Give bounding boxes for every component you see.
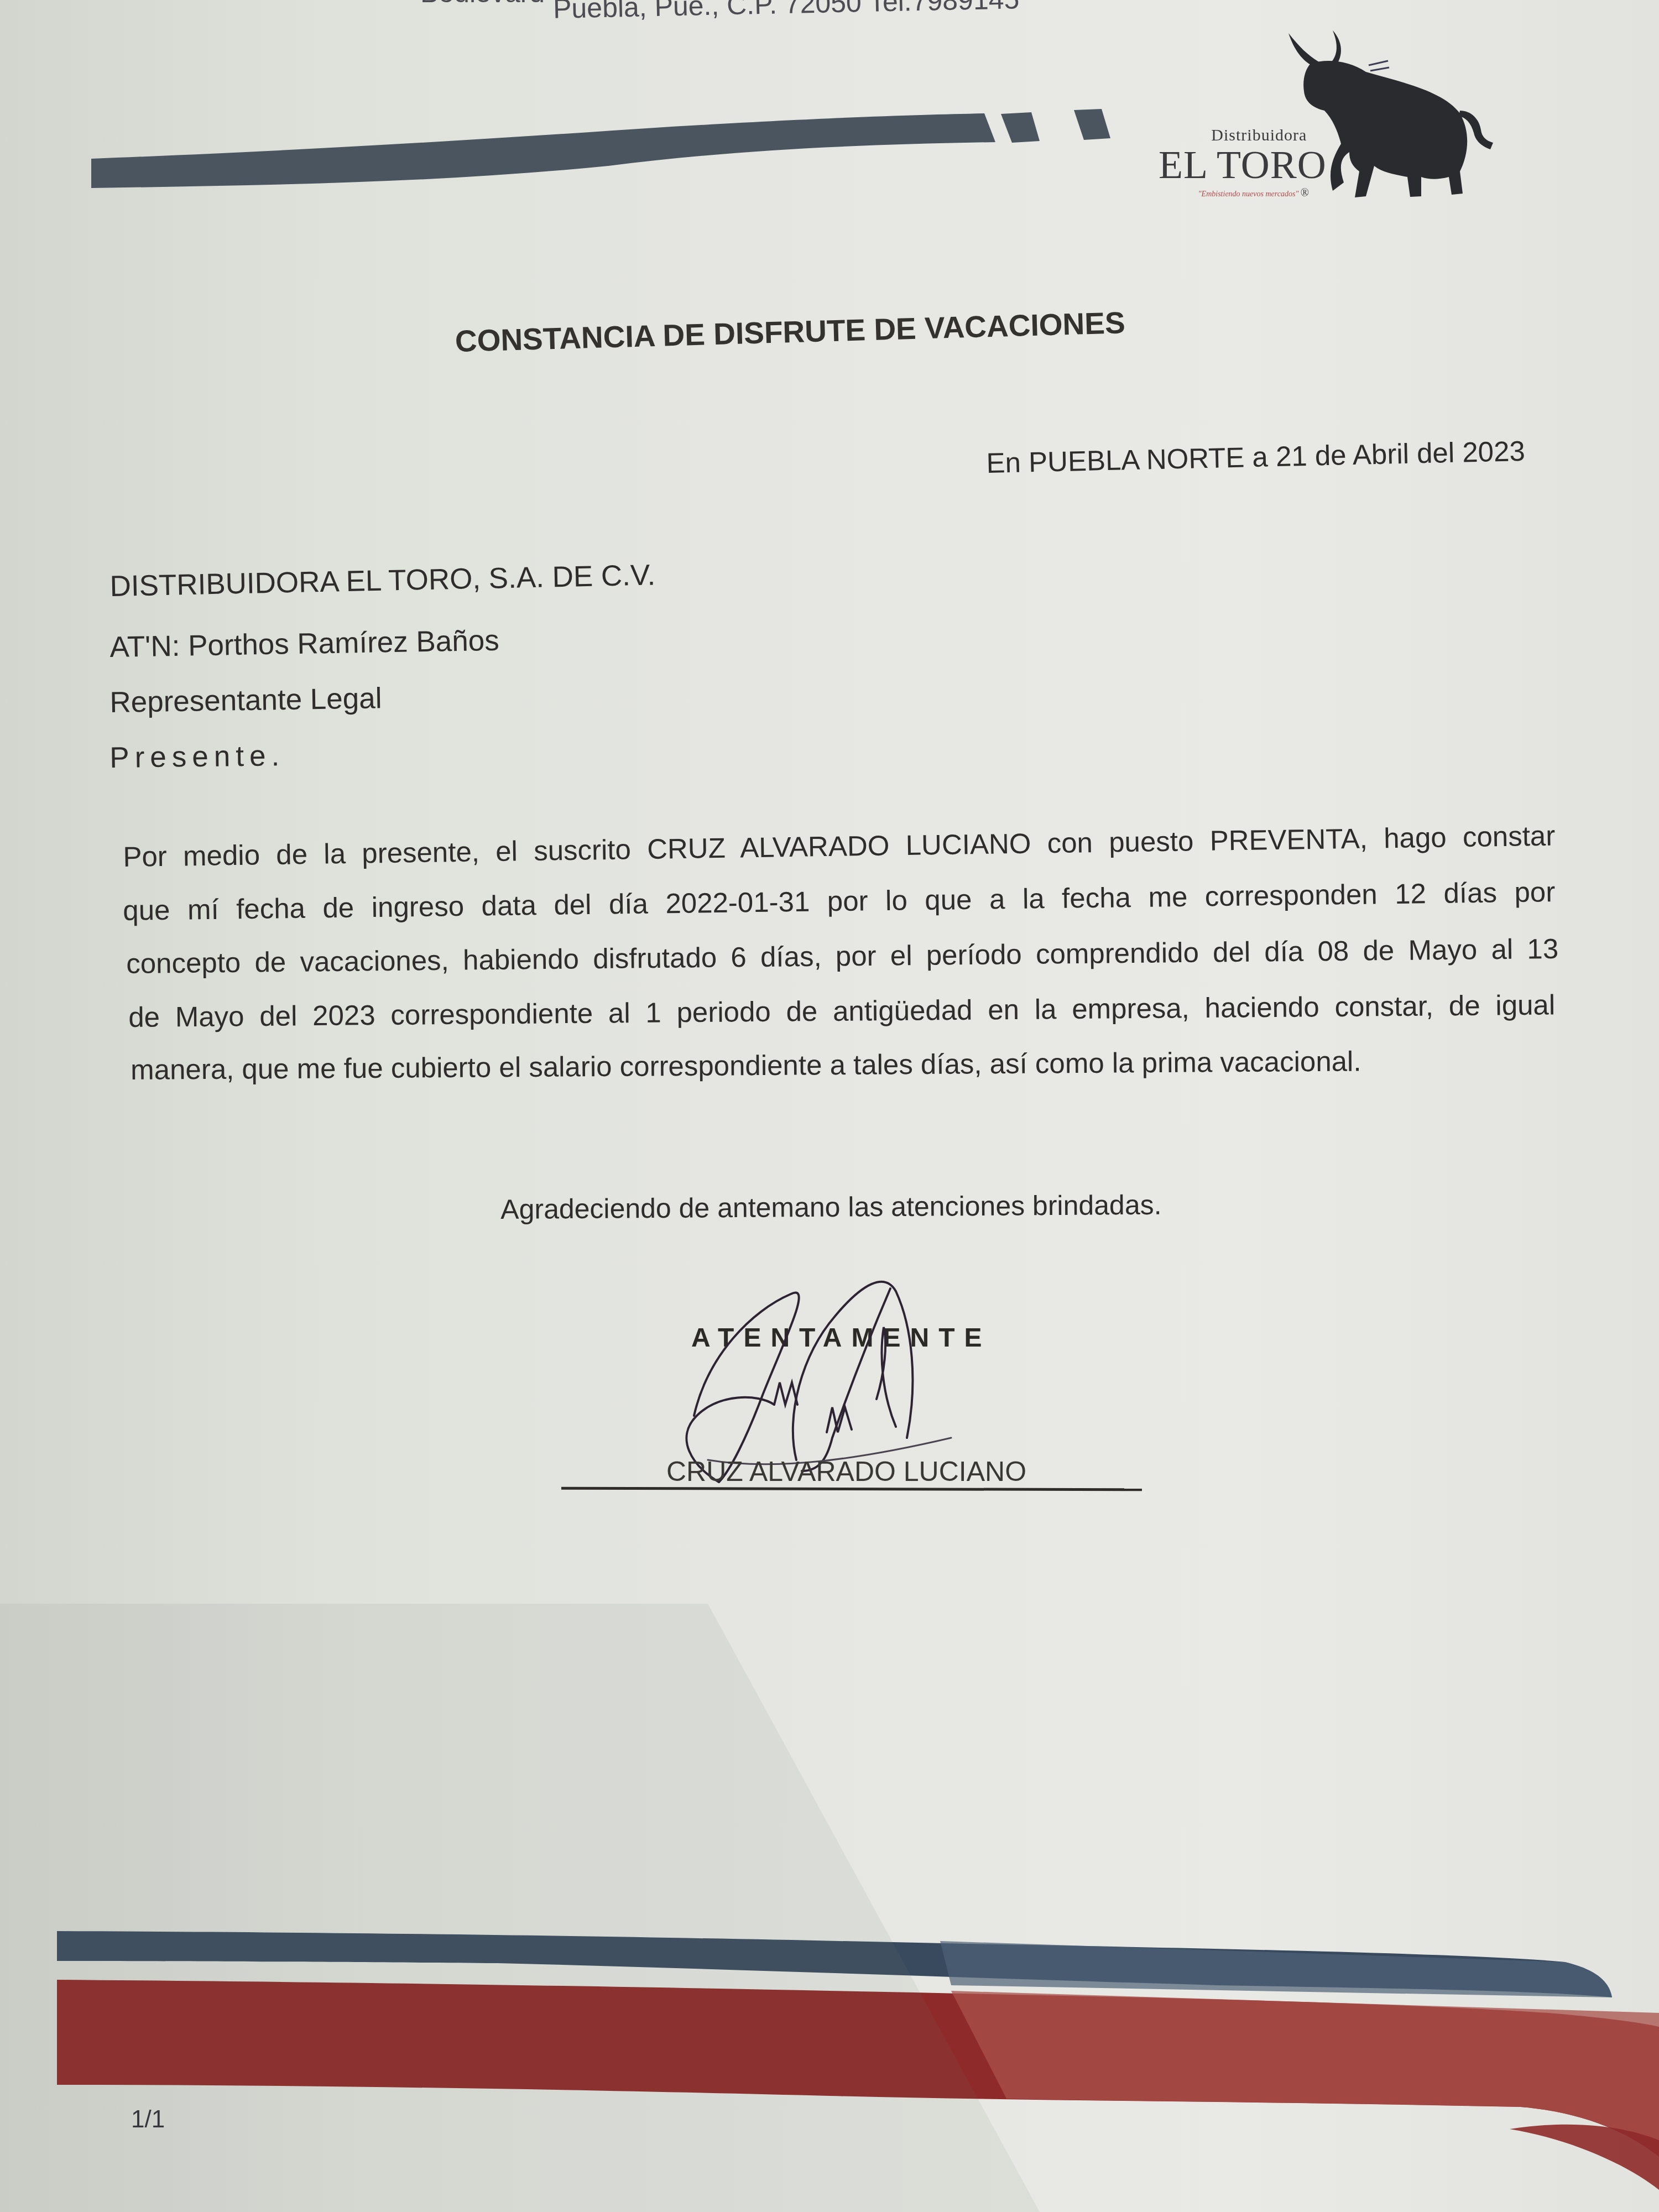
document-page: Boulevard Puebla, Pue., C.P. 72050 Tel.7… xyxy=(0,0,1659,2212)
